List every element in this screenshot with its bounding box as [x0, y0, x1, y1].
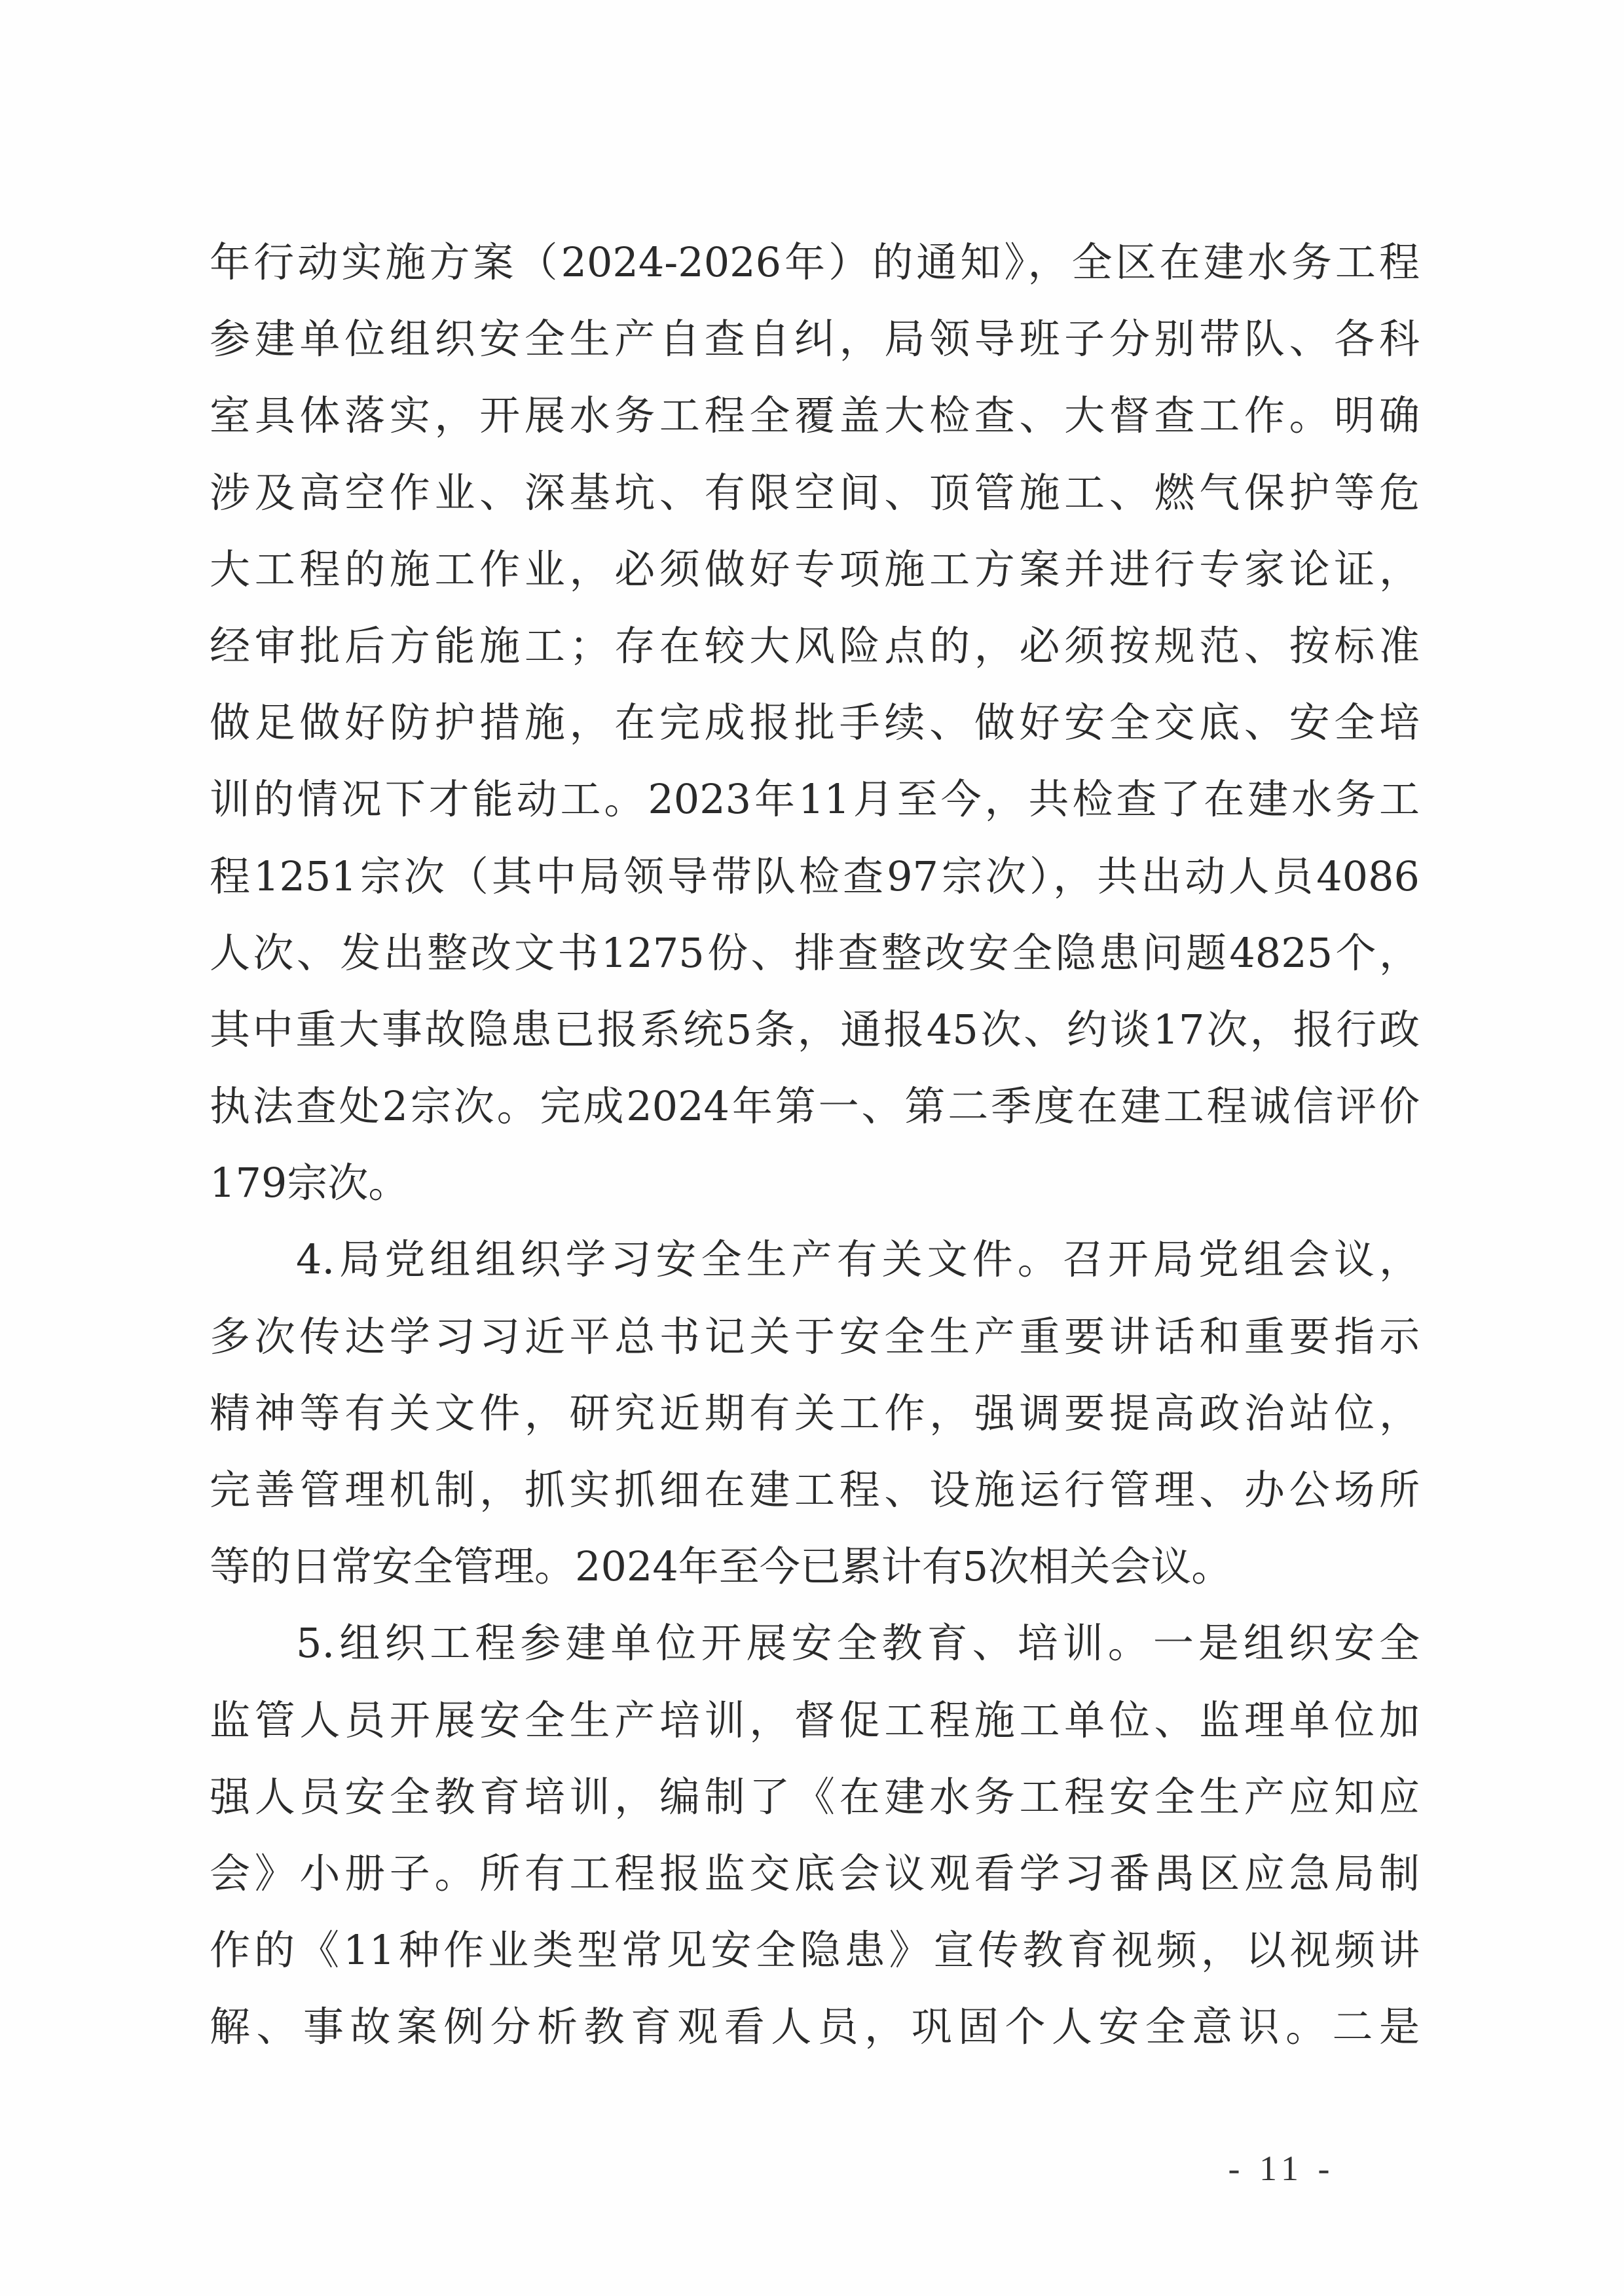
document-page: 年行动实施方案（2024-2026年）的通知》，全区在建水务工程 参建单位组织安… [0, 0, 1624, 2296]
text-line: 多次传达学习习近平总书记关于安全生产重要讲话和重要指示 [210, 1298, 1420, 1375]
text-line: 解、事故案例分析教育观看人员，巩固个人安全意识。二是 [210, 1988, 1420, 2065]
text-line: 人次、发出整改文书1275份、排查整改安全隐患问题4825个， [210, 915, 1420, 991]
text-line: 完善管理机制，抓实抓细在建工程、设施运行管理、办公场所 [210, 1451, 1420, 1528]
text-line: 强人员安全教育培训，编制了《在建水务工程安全生产应知应 [210, 1758, 1420, 1835]
text-line: 会》小册子。所有工程报监交底会议观看学习番禺区应急局制 [210, 1835, 1420, 1912]
text-line: 大工程的施工作业，必须做好专项施工方案并进行专家论证， [210, 531, 1420, 608]
text-line: 其中重大事故隐患已报系统5条，通报45次、约谈17次，报行政 [210, 991, 1420, 1068]
text-line: 做足做好防护措施，在完成报批手续、做好安全交底、安全培 [210, 684, 1420, 761]
text-line: 室具体落实，开展水务工程全覆盖大检查、大督查工作。明确 [210, 377, 1420, 454]
text-line: 等的日常安全管理。2024年至今已累计有5次相关会议。 [210, 1528, 1420, 1605]
text-line: 作的《11种作业类型常见安全隐患》宣传教育视频，以视频讲 [210, 1912, 1420, 1988]
section-heading-line: 4.局党组组织学习安全生产有关文件。召开局党组会议， [210, 1221, 1420, 1298]
text-line: 执法查处2宗次。完成2024年第一、第二季度在建工程诚信评价 [210, 1068, 1420, 1144]
text-line: 精神等有关文件，研究近期有关工作，强调要提高政治站位， [210, 1375, 1420, 1451]
section-heading-line: 5.组织工程参建单位开展安全教育、培训。一是组织安全 [210, 1605, 1420, 1681]
text-line: 监管人员开展安全生产培训，督促工程施工单位、监理单位加 [210, 1682, 1420, 1758]
text-line: 训的情况下才能动工。2023年11月至今，共检查了在建水务工 [210, 761, 1420, 837]
page-number: - 11 - [1219, 2147, 1344, 2189]
text-line: 参建单位组织安全生产自查自纠，局领导班子分别带队、各科 [210, 301, 1420, 377]
text-line: 年行动实施方案（2024-2026年）的通知》，全区在建水务工程 [210, 224, 1420, 301]
text-line: 涉及高空作业、深基坑、有限空间、顶管施工、燃气保护等危 [210, 454, 1420, 531]
text-line: 程1251宗次（其中局领导带队检查97宗次），共出动人员4086 [210, 838, 1420, 915]
text-line: 179宗次。 [210, 1144, 1420, 1221]
text-line: 经审批后方能施工；存在较大风险点的，必须按规范、按标准 [210, 608, 1420, 684]
body-text: 年行动实施方案（2024-2026年）的通知》，全区在建水务工程 参建单位组织安… [210, 224, 1420, 2066]
